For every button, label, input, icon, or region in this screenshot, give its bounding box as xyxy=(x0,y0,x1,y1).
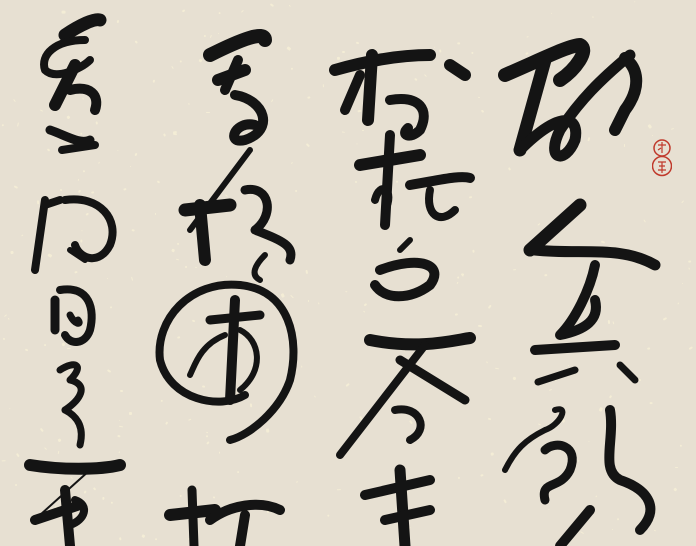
ink-strokes xyxy=(0,0,696,546)
column-4 xyxy=(30,20,120,546)
red-seal-stamp xyxy=(652,137,672,179)
column-1 xyxy=(505,45,655,546)
calligraphy-artwork: 过故人庄 xyxy=(0,0,696,546)
column-3 xyxy=(160,36,294,546)
column-2 xyxy=(335,55,470,546)
